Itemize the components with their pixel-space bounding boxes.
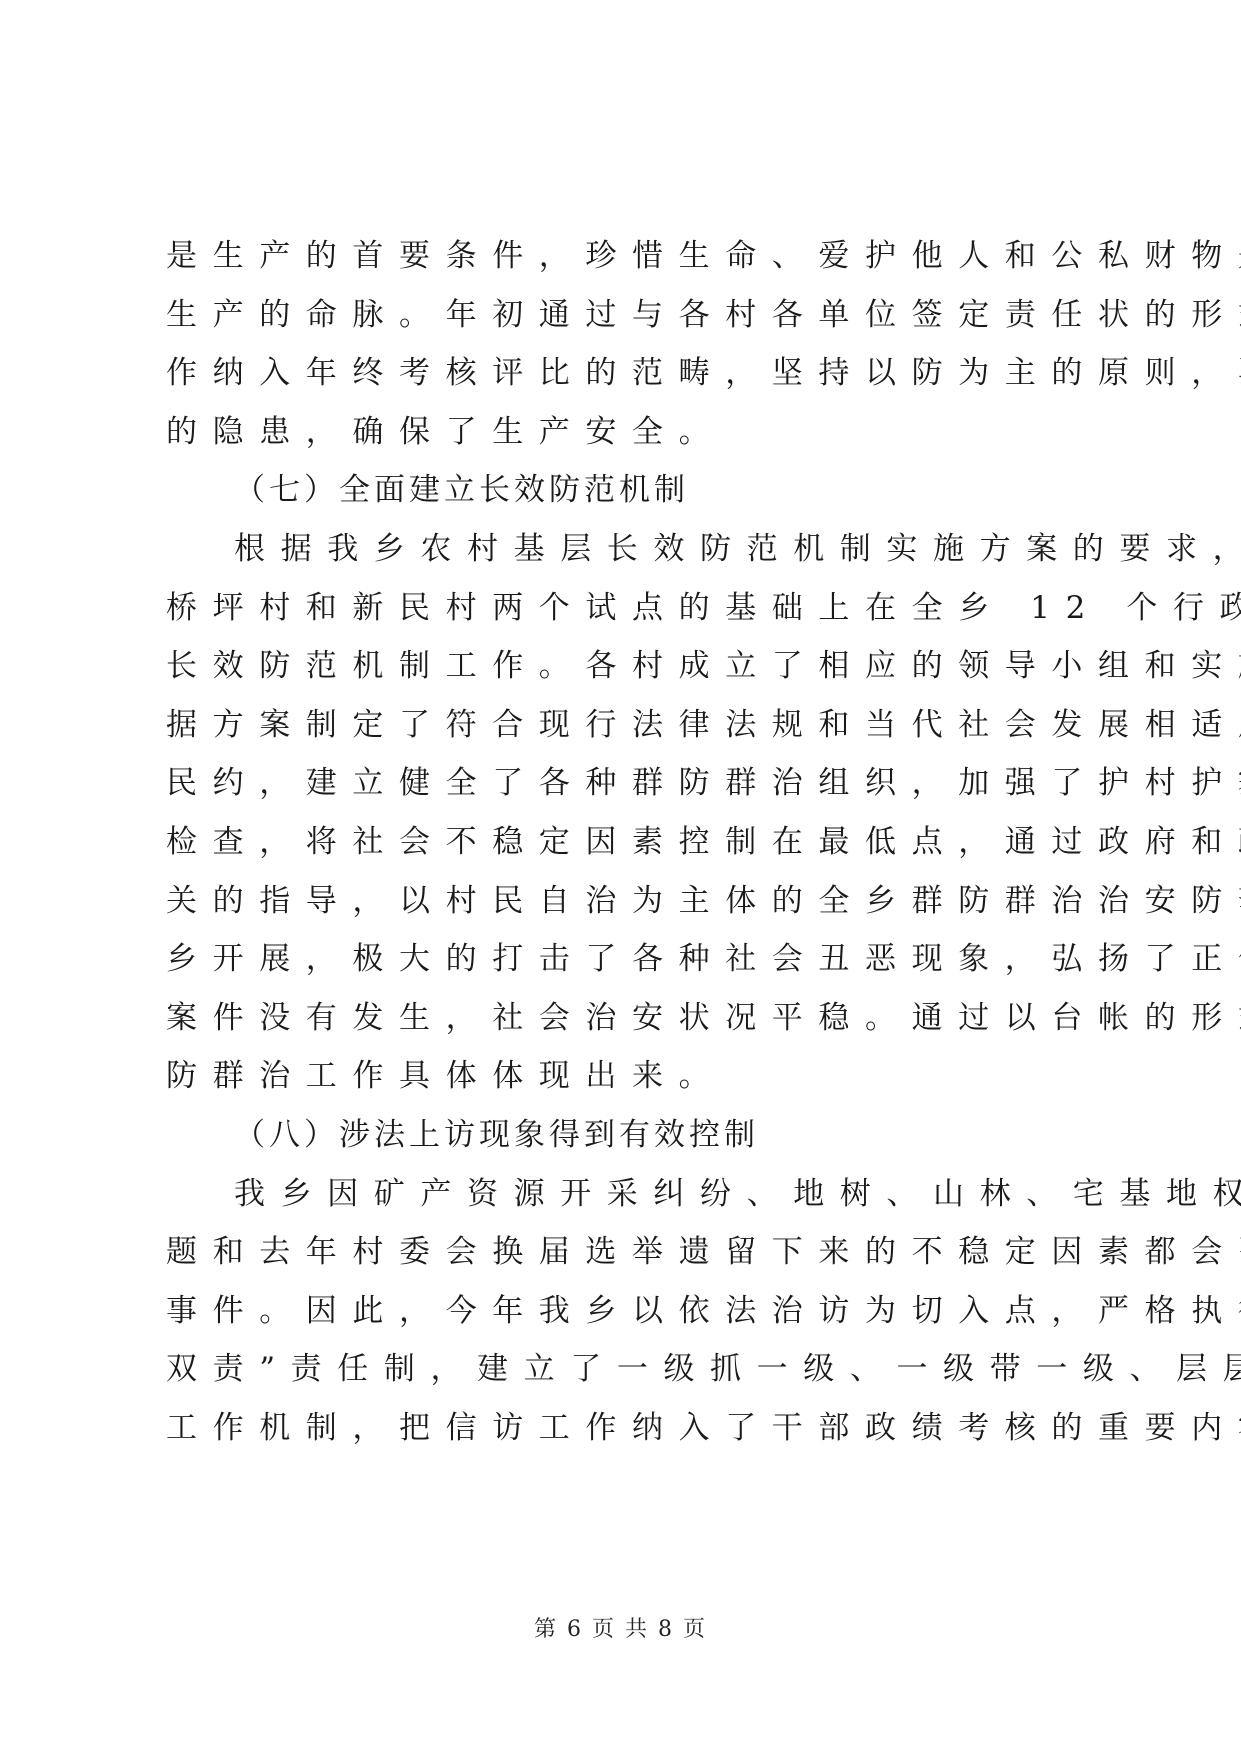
text-line: 长效防范机制工作。各村成立了相应的领导小组和实施方案，依 [166, 637, 1086, 696]
text-line: 工作机制，把信访工作纳入了干部政绩考核的重要内容。进一步 [166, 1399, 1086, 1458]
text-line: 是生产的首要条件，珍惜生命、爱护他人和公私财物是企业承包 [166, 227, 1086, 286]
document-page: 是生产的首要条件，珍惜生命、爱护他人和公私财物是企业承包 生产的命脉。年初通过与… [0, 0, 1241, 1754]
text-line: 案件没有发生，社会治安状况平稳。通过以台帐的形式将治安群 [166, 989, 1086, 1048]
text-line: 的隐患，确保了生产安全。 [166, 403, 1086, 462]
paragraph-start: 我乡因矿产资源开采纠纷、地树、山林、宅基地权属纠纷问 [166, 1165, 1086, 1224]
text-line: 防群治工作具体体现出来。 [166, 1047, 1086, 1106]
text-line: 关的指导，以村民自治为主体的全乡群防群治治安防范网络在全 [166, 872, 1086, 931]
text-line: 检查，将社会不稳定因素控制在最低点，通过政府和政法公安机 [166, 813, 1086, 872]
paragraph-start: 根据我乡农村基层长效防范机制实施方案的要求，在去年的 [166, 520, 1086, 579]
text-line: 作纳入年终考核评比的范畴，坚持以防为主的原则，减少了事故 [166, 344, 1086, 403]
text-line: 桥坪村和新民村两个试点的基础上在全乡 12 个行政村全面展开 [166, 579, 1086, 638]
text-line: 乡开展，极大的打击了各种社会丑恶现象，弘扬了正气，可控性 [166, 930, 1086, 989]
page-number-footer: 第 6 页 共 8 页 [0, 1612, 1241, 1643]
document-body: 是生产的首要条件，珍惜生命、爱护他人和公私财物是企业承包 生产的命脉。年初通过与… [166, 227, 1086, 1457]
text-line: 民约，建立健全了各种群防群治组织，加强了护村护寨的巡逻和 [166, 754, 1086, 813]
text-line: 生产的命脉。年初通过与各村各单位签定责任状的形式将该项工 [166, 286, 1086, 345]
text-line: 事件。因此，今年我乡以依法治访为切入点，严格执行了“一岗 [166, 1282, 1086, 1341]
text-line: 题和去年村委会换届选举遗留下来的不稳定因素都会引起上访 [166, 1223, 1086, 1282]
section-heading-7: （七）全面建立长效防范机制 [166, 461, 1086, 520]
text-line: 双责”责任制，建立了一级抓一级、一级带一级、层层抓落实的 [166, 1340, 1086, 1399]
section-heading-8: （八）涉法上访现象得到有效控制 [166, 1106, 1086, 1165]
text-line: 据方案制定了符合现行法律法规和当代社会发展相适应的村规 [166, 696, 1086, 755]
